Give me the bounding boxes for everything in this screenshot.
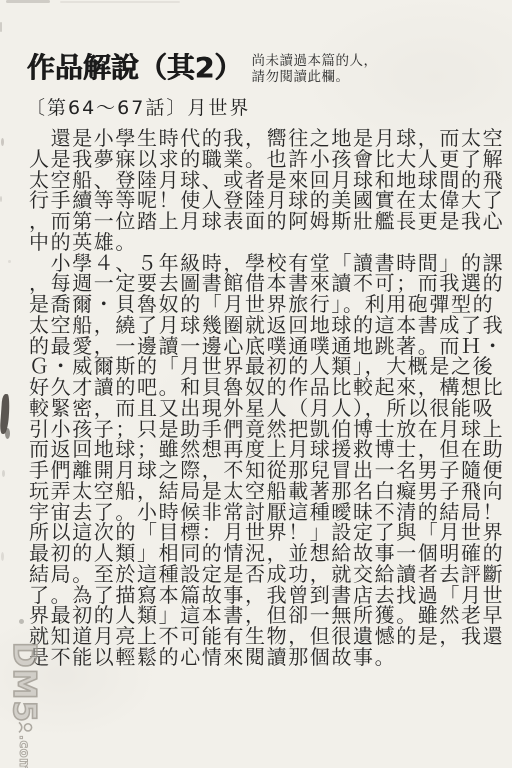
scan-speck	[60, 1, 180, 3]
text-line: 中的英雄。	[29, 232, 509, 253]
text-line: 最初的人類」相同的情況，並想給故事一個明確的	[29, 543, 509, 564]
text-line: 是喬爾・貝魯奴的「月世界旅行」。利用砲彈型的	[29, 294, 509, 315]
scan-speck	[1, 552, 4, 561]
text-line: 人是我夢寐以求的職業。也許小孩會比大人更了解	[29, 149, 509, 170]
text-line: 所以這次的「目標：月世界！」設定了與「月世界	[29, 522, 509, 543]
spoiler-warning-note: 尚未讀過本篇的人， 請勿閱讀此欄。	[251, 50, 377, 85]
text-line: 還是小學生時代的我，嚮往之地是月球，而太空	[29, 128, 509, 149]
warning-note-line1: 尚未讀過本篇的人，	[251, 54, 377, 70]
text-line: 玩弄太空船，結局是太空船載著那名白癡男子飛向	[29, 481, 509, 502]
text-line: 好久才讀的吧。和貝魯奴的作品比較起來，構想比	[29, 377, 509, 398]
text-line: 行手續等等呢！使人登陸月球的美國實在太偉大了	[29, 190, 509, 211]
text-line: ，而第一位踏上月球表面的阿姆斯壯艦長更是我心	[29, 211, 509, 232]
text-line: 結局。至於這種設定是否成功，就交給讀者去評斷	[29, 564, 509, 585]
warning-note-line2: 請勿閱讀此欄。	[251, 70, 377, 86]
dm5-mascot-icon	[15, 721, 34, 734]
scan-speck	[19, 619, 24, 624]
text-line: 宇宙去了。小時候非常討厭這種曖昧不清的結局！	[29, 502, 509, 523]
ink-blob	[5, 428, 10, 439]
text-line: 手們離開月球之際，不知從那兒冒出一名男子隨便	[29, 460, 509, 481]
text-line: 就知道月亮上不可能有生物，但很遺憾的是，我還	[29, 626, 509, 647]
chapter-range-subtitle: 〔第64～67話〕月世界	[26, 96, 250, 120]
scan-speck	[8, 260, 11, 263]
text-line: 而返回地球；雖然想再度上月球援救博士，但在助	[29, 439, 509, 460]
scan-speck	[0, 196, 2, 202]
text-line: 界最初的人類」這本書，但卻一無所獲。雖然老早	[29, 605, 509, 626]
ink-blob	[0, 394, 10, 434]
text-line: 引小孩子；只是助手們竟然把凱伯博士放在月球上	[29, 419, 509, 440]
text-line: 較緊密，而且又出現外星人（月人），所以很能吸	[29, 398, 509, 419]
text-line: 是不能以輕鬆的心情來閱讀那個故事。	[29, 647, 509, 668]
commentary-text: 還是小學生時代的我，嚮往之地是月球，而太空人是我夢寐以求的職業。也許小孩會比大人…	[29, 128, 509, 668]
header: 作品解說（其2） 尚未讀過本篇的人， 請勿閱讀此欄。	[27, 50, 377, 86]
page-title: 作品解說（其2）	[27, 50, 242, 86]
text-line: 小學４、５年級時，學校有堂「讀書時間」的課	[29, 253, 509, 274]
text-line: 太空船、登陸月球、或者是來回月球和地球間的飛	[29, 170, 509, 191]
text-line: ，每週一定要去圖書館借本書來讀不可；而我選的	[29, 273, 509, 294]
scan-speck	[2, 470, 5, 477]
scan-speck	[1, 138, 4, 146]
scan-speck	[6, 0, 50, 3]
dm5-tld-text: .com	[17, 735, 32, 768]
text-line: 太空船，繞了月球幾圈就返回地球的這本書成了我	[29, 315, 509, 336]
text-line: 的最愛，一邊讀一邊心底噗通噗通地跳著。而Ｈ・	[29, 336, 509, 357]
scanned-commentary-page: 作品解說（其2） 尚未讀過本篇的人， 請勿閱讀此欄。 〔第64～67話〕月世界 …	[0, 0, 512, 768]
text-line: Ｇ・威爾斯的「月世界最初的人類」，大概是之後	[29, 356, 509, 377]
text-line: 了。為了描寫本篇故事，我曾到書店去找過「月世	[29, 585, 509, 606]
scan-speck	[0, 22, 2, 32]
